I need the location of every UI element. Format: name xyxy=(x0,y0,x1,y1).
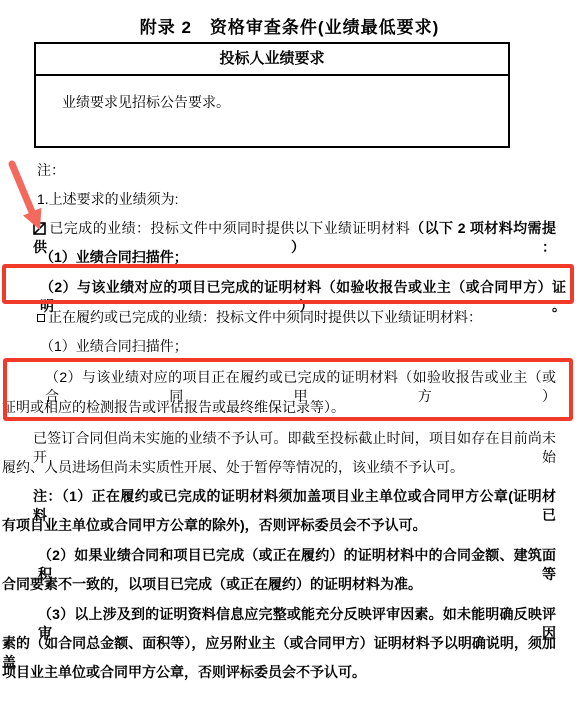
option-inprogress-line: 正在履约或已完成的业绩：投标文件中须同时提供以下业绩证明材料： xyxy=(37,308,482,327)
performance-requirements-table: 投标人业绩要求 业绩要求见招标公告要求。 xyxy=(34,42,510,148)
option-completed-text: 已完成的业绩：投标文件中须同时提供以下业绩证明材料 xyxy=(49,220,410,236)
checked-checkbox-icon[interactable] xyxy=(33,222,46,235)
notes-label: 注： xyxy=(37,161,65,180)
page-title: 附录 2 资格审查条件(业绩最低要求) xyxy=(0,13,579,38)
unsigned-contract-para-line2: 履约、人员进场但尚未实质性开展、处于暂停等情况的，该业绩不予认可。 xyxy=(2,458,464,477)
table-body-cell: 业绩要求见招标公告要求。 xyxy=(36,76,508,112)
table-header-cell: 投标人业绩要求 xyxy=(36,44,508,76)
requirement-intro: 1.上述要求的业绩须为: xyxy=(37,190,179,209)
document-page: 附录 2 资格审查条件(业绩最低要求) 投标人业绩要求 业绩要求见招标公告要求。… xyxy=(0,0,579,706)
inprogress-item2-line2: 证明或相应的检测报告或评估报告或最终维保记录等）。 xyxy=(2,398,345,417)
unchecked-checkbox-icon[interactable] xyxy=(37,314,45,322)
note2-line2: 合同要素不一致的，以项目已完成（或正在履约）的证明材料为准。 xyxy=(2,575,422,594)
completed-item1: （1）业绩合同扫描件； xyxy=(40,248,188,267)
note1-line2: 有项目业主单位或合同甲方公章的除外)，否则评标委员会不予认可。 xyxy=(2,516,427,535)
inprogress-item1: （1）业绩合同扫描件； xyxy=(40,337,188,356)
note3-line3: 项目业主单位或合同甲方公章，否则评标委员会不予认可。 xyxy=(2,663,366,682)
option-inprogress-text: 正在履约或已完成的业绩：投标文件中须同时提供以下业绩证明材料： xyxy=(48,309,482,325)
